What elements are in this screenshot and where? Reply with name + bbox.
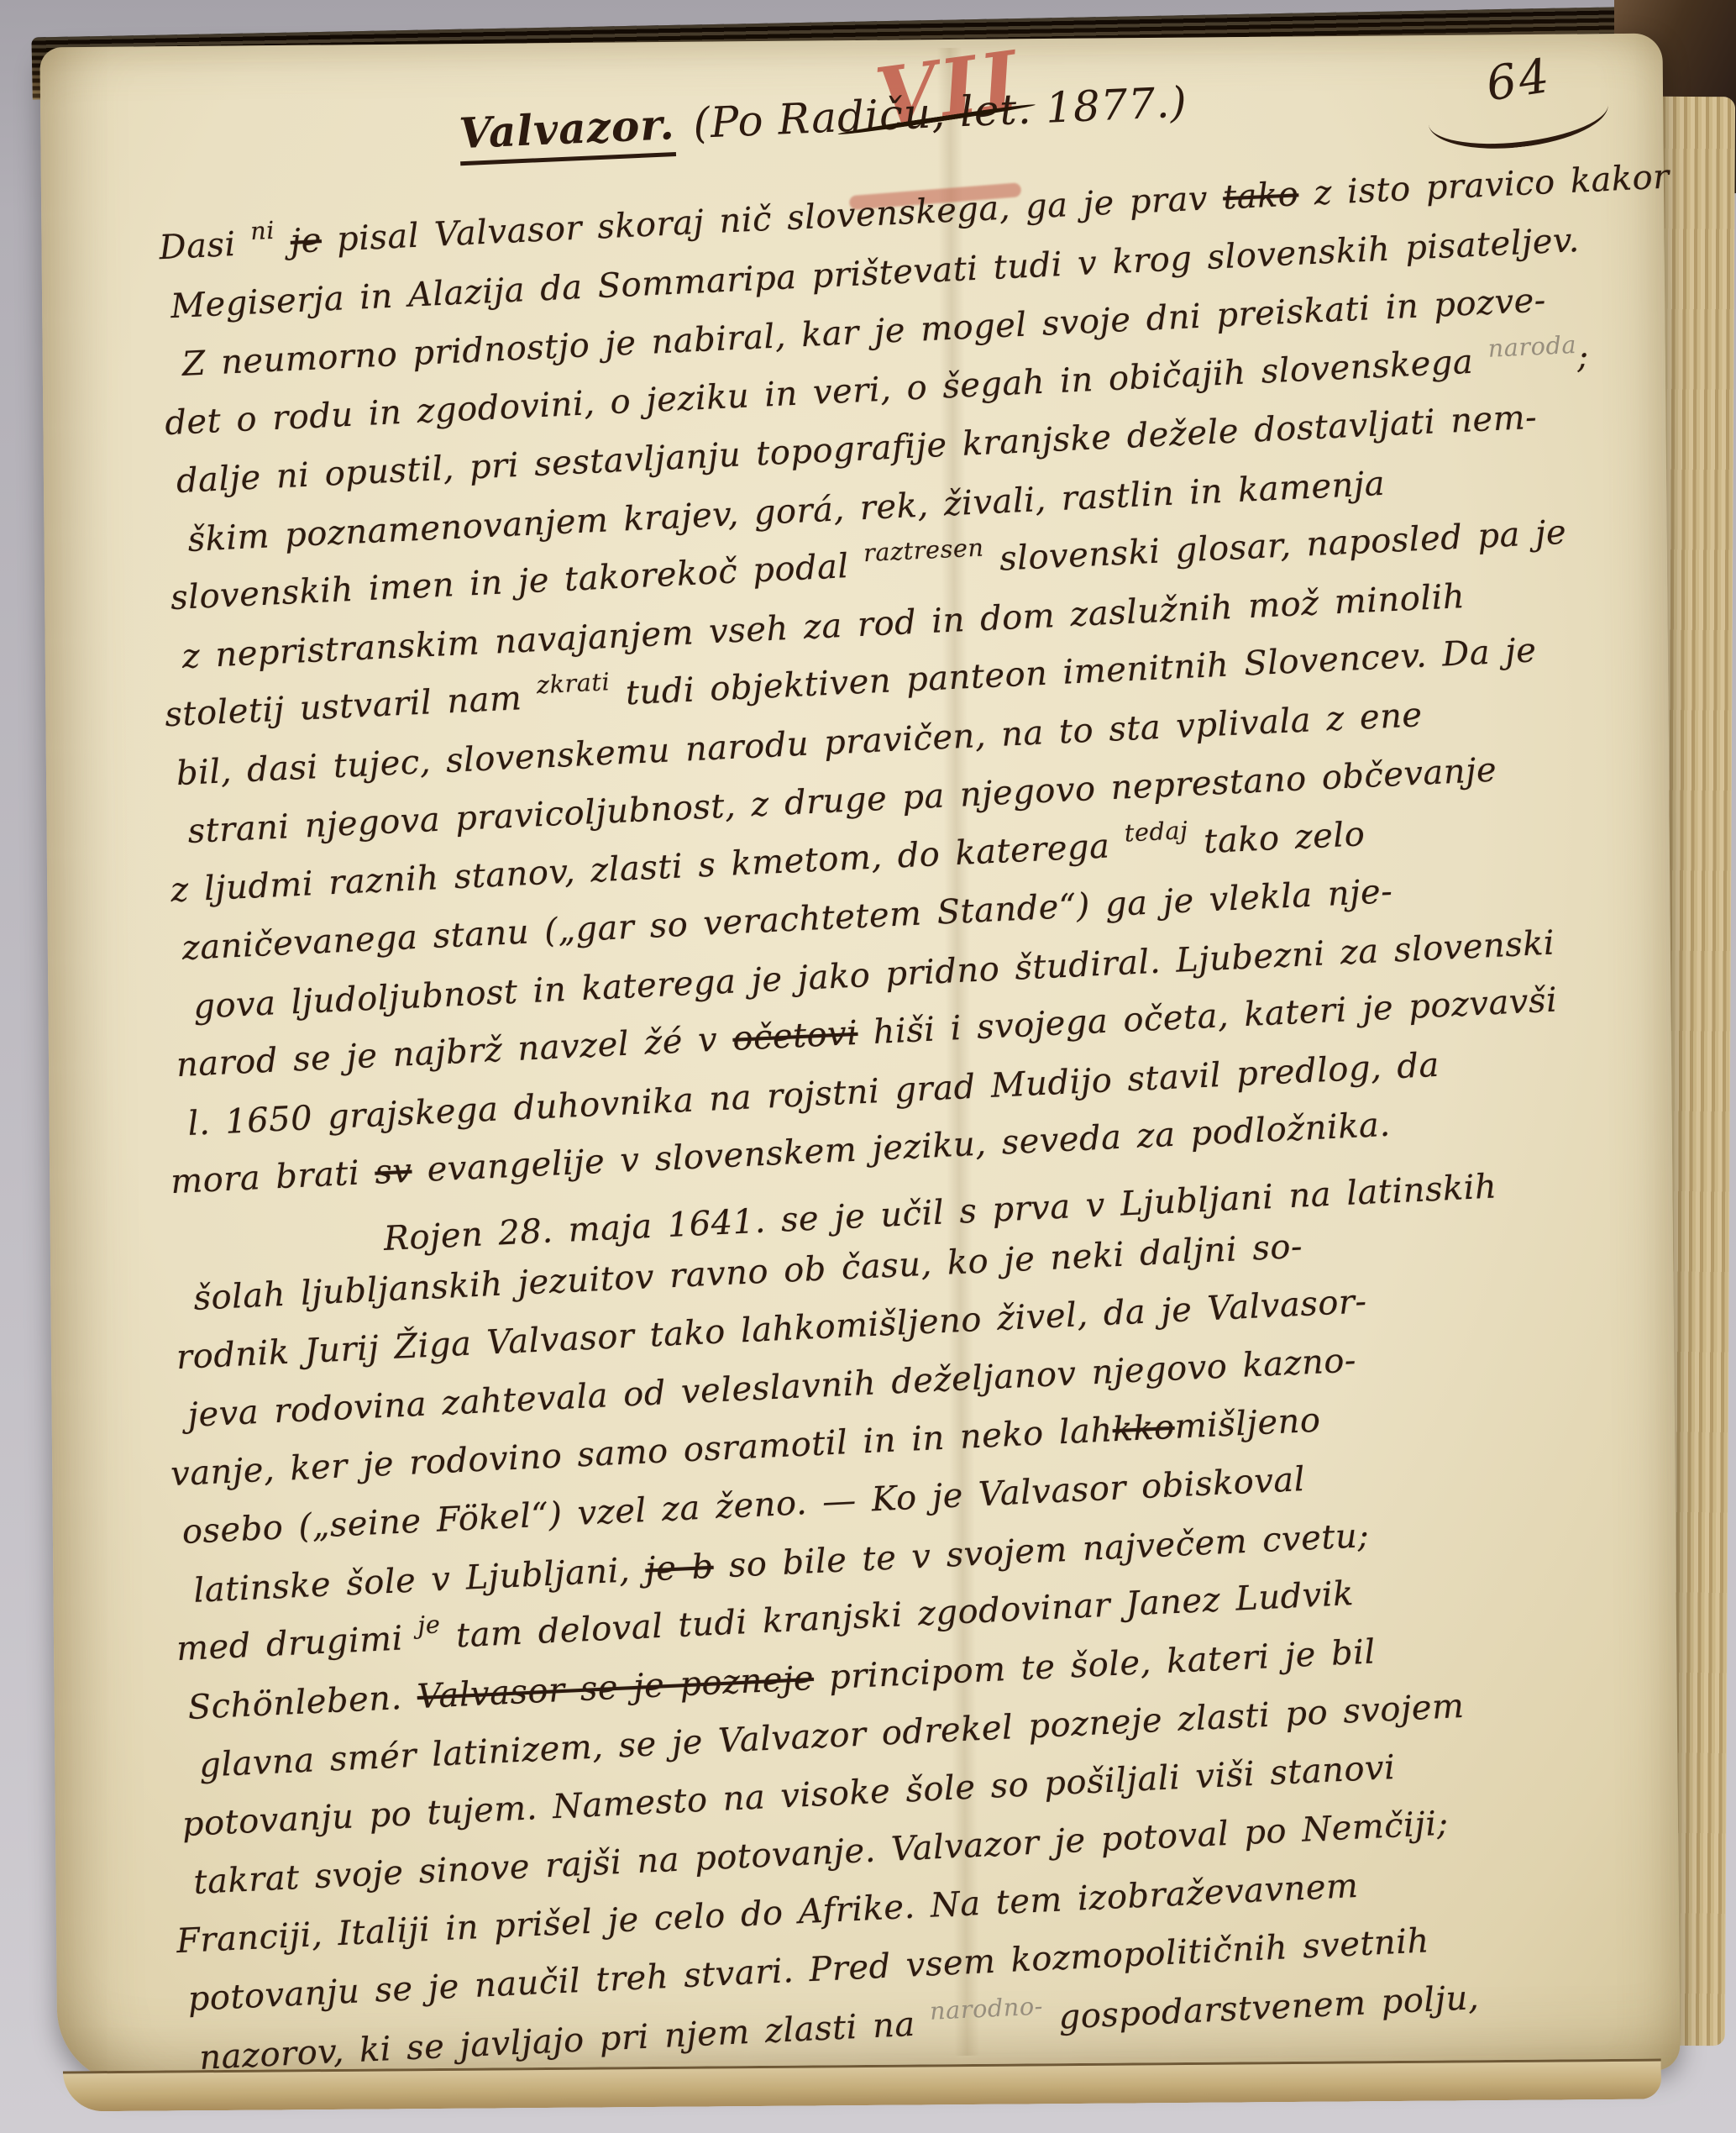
photograph-background: VII Valvazor.(Po Radiču, let. 1877.) 64 …	[0, 0, 1736, 2133]
manuscript-page: VII Valvazor.(Po Radiču, let. 1877.) 64 …	[39, 34, 1680, 2085]
manuscript-text: Dasi ni je pisal Valvasor skoraj nič slo…	[39, 34, 1680, 2085]
